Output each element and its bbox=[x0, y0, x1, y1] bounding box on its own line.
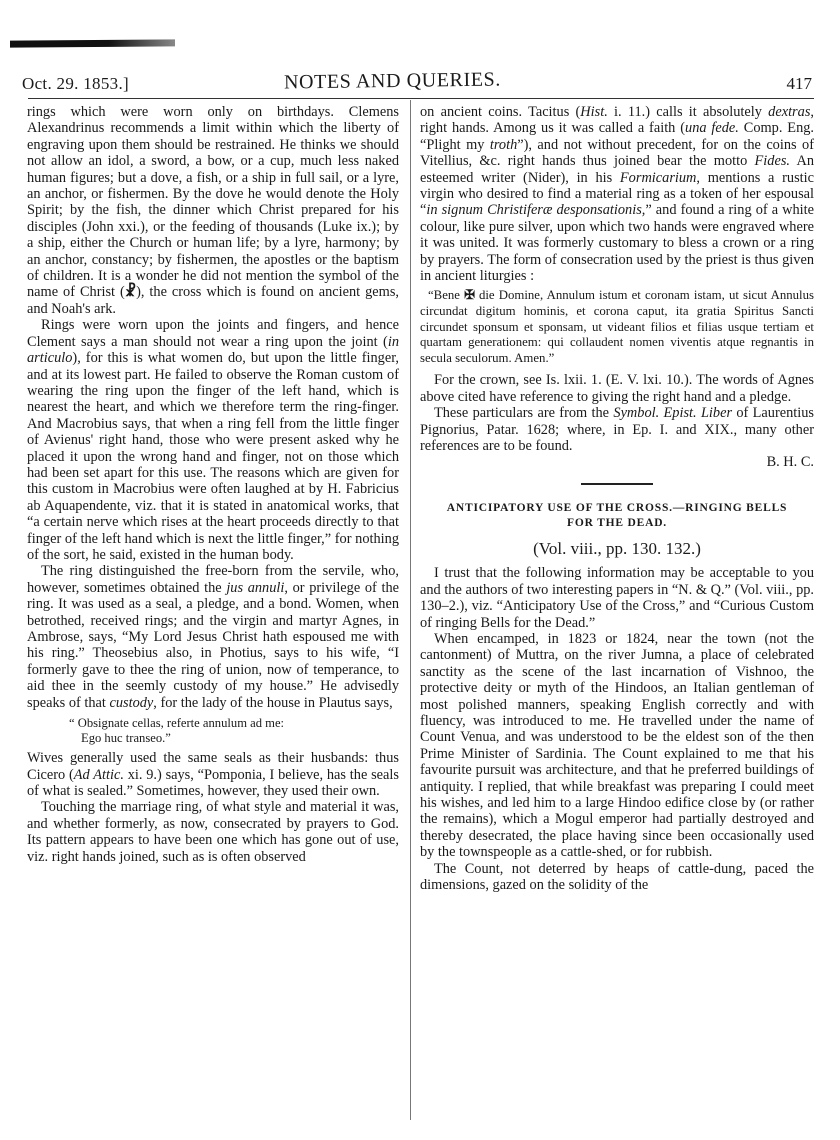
scan-edge-mark bbox=[10, 39, 175, 47]
left-column: rings which were worn only on birthdays.… bbox=[27, 104, 399, 865]
section-reference: (Vol. viii., pp. 130. 132.) bbox=[420, 541, 814, 557]
paragraph: on ancient coins. Tacitus (Hist. i. 11.)… bbox=[420, 104, 814, 284]
paragraph: Touching the marriage ring, of what styl… bbox=[27, 799, 399, 865]
chi-rho-icon: ☧ bbox=[125, 284, 136, 300]
section-separator bbox=[581, 483, 653, 485]
paragraph: These particulars are from the Symbol. E… bbox=[420, 405, 814, 454]
paragraph: Wives generally used the same seals as t… bbox=[27, 750, 399, 799]
plautus-quote: “ Obsignate cellas, referte annulum ad m… bbox=[27, 716, 399, 745]
paragraph: The Count, not deterred by heaps of catt… bbox=[420, 861, 814, 894]
paragraph: The ring distinguished the free-born fro… bbox=[27, 563, 399, 711]
paragraph: When encamped, in 1823 or 1824, near the… bbox=[420, 631, 814, 861]
paragraph: For the crown, see Is. lxii. 1. (E. V. l… bbox=[420, 372, 814, 405]
paragraph: I trust that the following information m… bbox=[420, 565, 814, 631]
page-number: 417 bbox=[787, 74, 813, 94]
page-header: Oct. 29. 1853.] NOTES AND QUERIES. 417 bbox=[22, 70, 812, 96]
signature: B. H. C. bbox=[767, 454, 814, 470]
paragraph: Rings were worn upon the joints and fing… bbox=[27, 317, 399, 563]
column-divider bbox=[410, 100, 411, 1120]
journal-title: NOTES AND QUERIES. bbox=[284, 68, 501, 94]
signature-line: B. H. C. bbox=[420, 454, 814, 470]
right-column: on ancient coins. Tacitus (Hist. i. 11.)… bbox=[420, 104, 814, 893]
issue-date: Oct. 29. 1853.] bbox=[22, 74, 129, 94]
paragraph: rings which were worn only on birthdays.… bbox=[27, 104, 399, 317]
latin-liturgy-quote: “Bene ✠ die Domine, Annulum istum et cor… bbox=[420, 288, 814, 366]
header-rule bbox=[28, 98, 814, 99]
section-title: Anticipatory use of the cross.—Ringing b… bbox=[420, 501, 814, 531]
cross-icon: ✠ bbox=[464, 288, 475, 302]
